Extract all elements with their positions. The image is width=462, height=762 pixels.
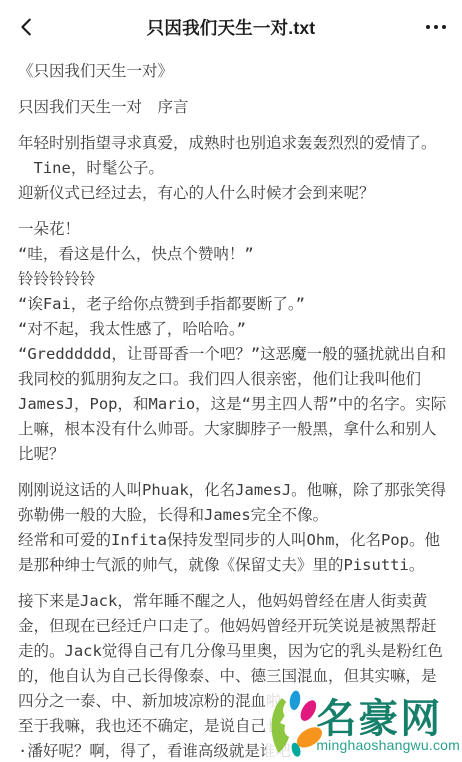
more-menu-button[interactable] xyxy=(416,19,446,35)
text-line: 弥勒佛一般的大脸，长得和James完全不像。 xyxy=(18,503,448,528)
text-line: 铃铃铃铃铃 xyxy=(18,267,448,292)
back-button[interactable] xyxy=(16,16,46,38)
watermark-site-url: minghaoshangwu.com xyxy=(316,737,460,753)
text-line: 经常和可爱的Infita保持发型同步的人叫Ohm，化名Pop。他 xyxy=(18,528,448,553)
text-line: 《只因我们天生一对》 xyxy=(18,59,448,84)
text-line: Tine，时髦公子。 xyxy=(18,156,448,181)
more-dots-icon xyxy=(426,25,430,29)
watermark-site-name: 名豪网 xyxy=(316,698,460,740)
text-line: “对不起，我太性感了，哈哈哈。” xyxy=(18,317,448,342)
paragraph: 年轻时别指望寻求真爱，成熟时也别追求轰轰烈烈的爱情了。 Tine，时髦公子。迎新… xyxy=(18,131,448,206)
watermark-text-block: 名豪网 minghaoshangwu.com xyxy=(316,698,460,753)
text-line: 我同校的狐朋狗友之口。我们四人很亲密，他们让我叫他们 xyxy=(18,367,448,392)
header-bar: 只因我们天生一对.txt xyxy=(0,0,462,54)
text-line: 走的。Jack觉得自己有几分像马里奥，因为它的乳头是粉红色 xyxy=(18,639,448,664)
paragraph: 《只因我们天生一对》 xyxy=(18,59,448,84)
text-line: “Gredddddd，让哥哥香一个吧？”这恶魔一般的骚扰就出自和 xyxy=(18,342,448,367)
text-line: JamesJ，Pop，和Mario，这是“男主四人帮”中的名字。实际 xyxy=(18,392,448,417)
page-title: 只因我们天生一对.txt xyxy=(46,15,416,40)
text-line: 年轻时别指望寻求真爱，成熟时也别追求轰轰烈烈的爱情了。 xyxy=(18,131,448,156)
paragraph: 一朵花！“哇，看这是什么，快点个赞呐！”铃铃铃铃铃“诶Fai，老子给你点赞到手指… xyxy=(18,217,448,467)
more-dots-icon xyxy=(434,25,438,29)
text-line: 只因我们天生一对 序言 xyxy=(18,95,448,120)
watermark: 名豪网 minghaoshangwu.com xyxy=(266,690,462,760)
txt-viewer-page: 只因我们天生一对.txt 《只因我们天生一对》只因我们天生一对 序言年轻时别指望… xyxy=(0,0,462,762)
text-line: 金，但现在已经迁户口走了。他妈妈曾经开玩笑说是被黑帮赶 xyxy=(18,614,448,639)
text-line: 比呢？ xyxy=(18,442,448,467)
text-line: 的，他自认为自己长得像泰、中、德三国混血，但其实嘛，是 xyxy=(18,664,448,689)
text-line: 刚刚说这话的人叫Phuak，化名JamesJ。他嘛，除了那张笑得 xyxy=(18,478,448,503)
document-body[interactable]: 《只因我们天生一对》只因我们天生一对 序言年轻时别指望寻求真爱，成熟时也别追求轰… xyxy=(0,54,462,762)
text-line: 接下来是Jack，常年睡不醒之人，他妈妈曾经在唐人街卖黄 xyxy=(18,589,448,614)
back-chevron-icon xyxy=(16,16,38,38)
paragraph: 只因我们天生一对 序言 xyxy=(18,95,448,120)
text-line: 迎新仪式已经过去，有心的人什么时候才会到来呢？ xyxy=(18,181,448,206)
paragraph: 刚刚说这话的人叫Phuak，化名JamesJ。他嘛，除了那张笑得弥勒佛一般的大脸… xyxy=(18,478,448,578)
text-line: “诶Fai，老子给你点赞到手指都要断了。” xyxy=(18,292,448,317)
text-line: “哇，看这是什么，快点个赞呐！” xyxy=(18,242,448,267)
text-line: 一朵花！ xyxy=(18,217,448,242)
more-dots-icon xyxy=(442,25,446,29)
text-line: 上嘛，根本没有什么帅哥。大家脚脖子一般黑，拿什么和别人 xyxy=(18,417,448,442)
text-line: 是那种绅士气派的帅气，就像《保留丈夫》里的Pisutti。 xyxy=(18,553,448,578)
